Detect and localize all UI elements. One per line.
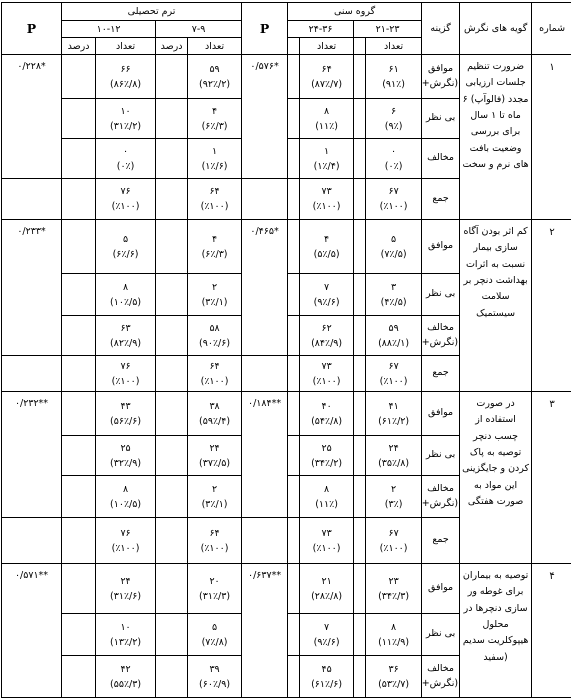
spacer-cell [354, 274, 366, 316]
header-count: تعداد [96, 38, 156, 55]
option-cell: بی نظر [422, 436, 460, 476]
percent-empty-cell [156, 316, 188, 356]
term-7-9-count-cell: ۶۴(٪۱۰۰) [188, 179, 242, 220]
count-value: ۵ [96, 232, 155, 247]
count-value: ۳ [366, 280, 421, 295]
spacer-cell [354, 564, 366, 614]
term-10-12-count-cell: ۰(۰٪) [96, 139, 156, 179]
spacer-cell [288, 356, 300, 392]
table-row: ۴توصیه به بیماران برای غوطه ور سازی دنچر… [2, 564, 571, 614]
option-label: موافق [423, 62, 458, 77]
option-cell: بی نظر [422, 274, 460, 316]
count-value: ۲۴ [96, 574, 155, 589]
term-7-9-count-cell: ۶۴(٪۱۰۰) [188, 356, 242, 392]
term-7-9-count-cell: ۲(۳٪/۱) [188, 476, 242, 518]
spacer-cell [354, 656, 366, 698]
percent-value: (۶۰٪/۹) [188, 677, 241, 692]
term-7-9-count-cell: ۳۹(۶۰٪/۹) [188, 656, 242, 698]
spacer-cell [288, 476, 300, 518]
age-24-36-count-cell: ۴(۵٪/۵) [300, 220, 354, 274]
option-label: موافق [423, 406, 458, 421]
percent-value: (۱۰٪/۵) [96, 497, 155, 512]
percent-empty-cell [156, 436, 188, 476]
age-24-36-count-cell: ۷۳(٪۱۰۰) [300, 179, 354, 220]
header-option: گزینه [422, 3, 460, 55]
percent-empty-cell [156, 518, 188, 564]
percent-empty-cell [62, 392, 96, 436]
count-value: ۶۲ [300, 321, 353, 336]
percent-empty-cell [62, 518, 96, 564]
option-cell: جمع [422, 356, 460, 392]
option-cell: بی نظر [422, 99, 460, 139]
option-cell: مخالف [422, 139, 460, 179]
option-sublabel: (نگرش+) [423, 77, 458, 92]
option-label: موافق [423, 239, 458, 254]
count-value: ۴۳ [96, 399, 155, 414]
percent-value: (۳۴٪/۲) [300, 456, 353, 471]
p-value-age-cell: ۰/۴۶۵* [242, 220, 288, 356]
spacer-cell [354, 99, 366, 139]
option-sublabel: (نگرش+) [423, 677, 458, 692]
percent-empty-cell [62, 656, 96, 698]
percent-empty-cell [62, 436, 96, 476]
percent-value: (۳۱٪/۶) [96, 589, 155, 604]
header-number: شماره [532, 3, 571, 55]
option-label: مخالف [423, 482, 458, 497]
spacer-cell [288, 274, 300, 316]
percent-value: (۵۹٪/۴) [188, 414, 241, 429]
percent-empty-cell [62, 220, 96, 274]
term-10-12-count-cell: ۷۶(٪۱۰۰) [96, 518, 156, 564]
percent-value: (۵۶٪/۶) [96, 414, 155, 429]
spacer-cell [288, 518, 300, 564]
percent-empty-cell [156, 99, 188, 139]
percent-value: (۱٪/۴) [300, 159, 353, 174]
percent-value: (۵۴٪/۸) [300, 414, 353, 429]
term-10-12-count-cell: ۸(۱۰٪/۵) [96, 274, 156, 316]
term-7-9-count-cell: ۲۰(۳۱٪/۳) [188, 564, 242, 614]
percent-value: (٪۱۰۰) [366, 541, 421, 556]
count-value: ۶۷ [366, 359, 421, 374]
percent-value: (٪۱۰۰) [300, 541, 353, 556]
percent-empty-cell [156, 614, 188, 656]
percent-value: (۹٪) [366, 119, 421, 134]
option-label: بی نظر [423, 111, 458, 126]
percent-empty-cell [62, 476, 96, 518]
percent-value: (۶٪/۶) [96, 247, 155, 262]
count-value: ۷۶ [96, 526, 155, 541]
spacer-cell [288, 99, 300, 139]
age-21-23-count-cell: ۸(۱۱٪/۹) [366, 614, 422, 656]
term-7-9-count-cell: ۵۸(۹۰٪/۶) [188, 316, 242, 356]
term-7-9-count-cell: ۳۸(۵۹٪/۴) [188, 392, 242, 436]
spacer-cell [354, 356, 366, 392]
percent-value: (۶٪/۳) [188, 119, 241, 134]
p-value-term-cell: ۰/۲۳۲** [2, 392, 62, 518]
age-21-23-count-cell: ۶۷(٪۱۰۰) [366, 518, 422, 564]
p-value-term-cell: ۰/۲۳۳* [2, 220, 62, 356]
count-value: ۲ [366, 482, 421, 497]
percent-empty-cell [62, 139, 96, 179]
spacer-cell [288, 392, 300, 436]
p-empty-cell [242, 518, 288, 564]
count-value: ۲۴ [366, 441, 421, 456]
spacer-cell [288, 656, 300, 698]
age-24-36-count-cell: ۱(۱٪/۴) [300, 139, 354, 179]
header-term-range-10-12: ۱۰-۱۲ [62, 21, 156, 38]
spacer-cell [354, 316, 366, 356]
percent-empty-cell [62, 564, 96, 614]
option-label: مخالف [423, 151, 458, 166]
option-cell: مخالف(نگرش+) [422, 476, 460, 518]
count-value: ۶۶ [96, 62, 155, 77]
count-value: ۷ [300, 280, 353, 295]
item-cell: توصیه به بیماران برای غوطه ور سازی دنچره… [460, 564, 532, 698]
percent-empty-cell [62, 99, 96, 139]
spacer-cell [288, 564, 300, 614]
spacer-cell [354, 220, 366, 274]
percent-empty-cell [62, 356, 96, 392]
count-value: ۳۶ [366, 662, 421, 677]
percent-value: (۸۶٪/۸) [96, 77, 155, 92]
option-label: مخالف [423, 321, 458, 336]
header-empty [354, 38, 366, 55]
p-value-age-cell: ۰/۵۷۶* [242, 55, 288, 179]
option-label: مخالف [423, 662, 458, 677]
header-p-term: P [2, 3, 62, 55]
p-empty-cell [2, 518, 62, 564]
spacer-cell [354, 518, 366, 564]
percent-value: (٪۱۰۰) [96, 374, 155, 389]
row-number-cell: ۲ [532, 220, 571, 392]
count-value: ۴۱ [366, 399, 421, 414]
term-10-12-count-cell: ۲۵(۳۲٪/۹) [96, 436, 156, 476]
count-value: ۲۳ [366, 574, 421, 589]
percent-value: (۳۲٪/۹) [96, 456, 155, 471]
percent-value: (٪۱۰۰) [366, 374, 421, 389]
age-24-36-count-cell: ۷۳(٪۱۰۰) [300, 356, 354, 392]
option-sublabel: (نگرش+) [423, 336, 458, 351]
count-value: ۴۵ [300, 662, 353, 677]
count-value: ۵۹ [188, 62, 241, 77]
percent-value: (۷٪/۵) [366, 247, 421, 262]
count-value: ۵۸ [188, 321, 241, 336]
count-value: ۷۳ [300, 526, 353, 541]
p-value-age-cell: ۰/۱۸۴** [242, 392, 288, 518]
percent-empty-cell [62, 274, 96, 316]
age-21-23-count-cell: ۶۷(٪۱۰۰) [366, 356, 422, 392]
p-value-term-cell: ۰/۲۲۸* [2, 55, 62, 179]
option-label: بی نظر [423, 627, 458, 642]
age-24-36-count-cell: ۲۵(۳۴٪/۲) [300, 436, 354, 476]
age-24-36-count-cell: ۶۴(۸۷٪/۷) [300, 55, 354, 99]
percent-value: (۶۱٪/۶) [300, 677, 353, 692]
count-value: ۲ [188, 280, 241, 295]
percent-value: (۵۵٪/۳) [96, 677, 155, 692]
spacer-cell [354, 179, 366, 220]
option-cell: موافق [422, 564, 460, 614]
age-24-36-count-cell: ۸(۱۱٪) [300, 476, 354, 518]
count-value: ۸ [300, 482, 353, 497]
header-percent: درصد [156, 38, 188, 55]
percent-value: (٪۱۰۰) [96, 199, 155, 214]
option-cell: بی نظر [422, 614, 460, 656]
count-value: ۴۰ [300, 399, 353, 414]
term-7-9-count-cell: ۴(۶٪/۳) [188, 99, 242, 139]
count-value: ۶ [366, 104, 421, 119]
spacer-cell [288, 55, 300, 99]
percent-value: (۹۱٪) [366, 77, 421, 92]
percent-value: (۷٪/۸) [188, 635, 241, 650]
percent-value: (۱۳٪/۲) [96, 635, 155, 650]
percent-value: (۳۴٪/۳) [366, 589, 421, 604]
count-value: ۷۳ [300, 359, 353, 374]
age-21-23-count-cell: ۶۷(٪۱۰۰) [366, 179, 422, 220]
percent-value: (۶٪/۳) [188, 247, 241, 262]
count-value: ۸ [300, 104, 353, 119]
percent-value: (۳٪/۱) [188, 497, 241, 512]
percent-value: (۹۰٪/۶) [188, 336, 241, 351]
count-value: ۶۱ [366, 62, 421, 77]
count-value: ۲۰ [188, 574, 241, 589]
percent-value: (۳۷٪/۵) [188, 456, 241, 471]
percent-empty-cell [156, 356, 188, 392]
count-value: ۴۲ [96, 662, 155, 677]
percent-value: (۲۸٪/۸) [300, 589, 353, 604]
term-10-12-count-cell: ۷۶(٪۱۰۰) [96, 179, 156, 220]
percent-empty-cell [156, 139, 188, 179]
percent-value: (٪۱۰۰) [188, 199, 241, 214]
term-10-12-count-cell: ۱۰(۳۱٪/۲) [96, 99, 156, 139]
option-label: موافق [423, 581, 458, 596]
option-label: بی نظر [423, 448, 458, 463]
option-cell: مخالف(نگرش+) [422, 316, 460, 356]
age-24-36-count-cell: ۴۰(۵۴٪/۸) [300, 392, 354, 436]
percent-empty-cell [156, 55, 188, 99]
age-21-23-count-cell: ۶(۹٪) [366, 99, 422, 139]
age-21-23-count-cell: ۲۴(۳۵٪/۸) [366, 436, 422, 476]
item-cell: کم اثر بودن آگاه سازی بیمار نسبت به اثرا… [460, 220, 532, 392]
percent-value: (۴٪/۵) [366, 295, 421, 310]
spacer-cell [288, 436, 300, 476]
term-10-12-count-cell: ۴۳(۵۶٪/۶) [96, 392, 156, 436]
percent-value: (٪۱۰۰) [188, 541, 241, 556]
age-21-23-count-cell: ۵۹(۸۸٪/۱) [366, 316, 422, 356]
percent-value: (۳۱٪/۳) [188, 589, 241, 604]
attitude-statistics-table: شماره گویه های نگرش گزینه گروه سنی P ترم… [1, 2, 571, 698]
table-row: ۲کم اثر بودن آگاه سازی بیمار نسبت به اثر… [2, 220, 571, 274]
row-number-cell: ۱ [532, 55, 571, 220]
count-value: ۳۸ [188, 399, 241, 414]
header-count: تعداد [366, 38, 422, 55]
percent-value: (٪۱۰۰) [300, 374, 353, 389]
percent-empty-cell [156, 220, 188, 274]
count-value: ۷۶ [96, 359, 155, 374]
document-page: شماره گویه های نگرش گزینه گروه سنی P ترم… [0, 0, 571, 700]
header-empty [288, 38, 300, 55]
term-10-12-count-cell: ۴۲(۵۵٪/۳) [96, 656, 156, 698]
count-value: ۶۷ [366, 526, 421, 541]
percent-empty-cell [156, 392, 188, 436]
spacer-cell [288, 614, 300, 656]
percent-empty-cell [156, 656, 188, 698]
spacer-cell [354, 436, 366, 476]
spacer-cell [354, 139, 366, 179]
header-age-range-21-23: ۲۱-۲۳ [354, 21, 422, 38]
option-label: جمع [423, 533, 458, 548]
percent-empty-cell [156, 564, 188, 614]
age-24-36-count-cell: ۲۱(۲۸٪/۸) [300, 564, 354, 614]
header-term-range-7-9: ۷-۹ [156, 21, 242, 38]
percent-value: (۱۱٪) [300, 497, 353, 512]
option-cell: جمع [422, 179, 460, 220]
percent-value: (٪۱۰۰) [188, 374, 241, 389]
term-10-12-count-cell: ۱۰(۱۳٪/۲) [96, 614, 156, 656]
count-value: ۶۳ [96, 321, 155, 336]
percent-empty-cell [62, 614, 96, 656]
table-body: ۱ضرورت تنظیم جلسات ارزیابی مجدد (فالوآپ)… [2, 55, 571, 698]
term-10-12-count-cell: ۶۶(۸۶٪/۸) [96, 55, 156, 99]
percent-value: (۵٪/۵) [300, 247, 353, 262]
age-24-36-count-cell: ۶۲(۸۴٪/۹) [300, 316, 354, 356]
percent-value: (٪۱۰۰) [366, 199, 421, 214]
percent-value: (٪۱۰۰) [300, 199, 353, 214]
percent-empty-cell [62, 179, 96, 220]
percent-value: (۳٪) [366, 497, 421, 512]
percent-value: (۹٪/۶) [300, 635, 353, 650]
spacer-cell [288, 179, 300, 220]
count-value: ۷۶ [96, 184, 155, 199]
age-21-23-count-cell: ۳۶(۵۳٪/۷) [366, 656, 422, 698]
count-value: ۳۹ [188, 662, 241, 677]
percent-value: (۵۳٪/۷) [366, 677, 421, 692]
percent-value: (۸۴٪/۹) [300, 336, 353, 351]
term-7-9-count-cell: ۴(۶٪/۳) [188, 220, 242, 274]
percent-value: (۶۱٪/۲) [366, 414, 421, 429]
count-value: ۸ [366, 620, 421, 635]
count-value: ۱ [300, 144, 353, 159]
age-24-36-count-cell: ۷۳(٪۱۰۰) [300, 518, 354, 564]
option-label: جمع [423, 366, 458, 381]
age-21-23-count-cell: ۵(۷٪/۵) [366, 220, 422, 274]
percent-empty-cell [62, 316, 96, 356]
count-value: ۶۷ [366, 184, 421, 199]
term-7-9-count-cell: ۲۴(۳۷٪/۵) [188, 436, 242, 476]
term-10-12-count-cell: ۵(۶٪/۶) [96, 220, 156, 274]
count-value: ۲۱ [300, 574, 353, 589]
count-value: ۱۰ [96, 620, 155, 635]
age-21-23-count-cell: ۳(۴٪/۵) [366, 274, 422, 316]
option-cell: موافق(نگرش+) [422, 55, 460, 99]
percent-value: (۱۱٪/۹) [366, 635, 421, 650]
header-age-group: گروه سنی [288, 3, 422, 21]
count-value: ۸ [96, 280, 155, 295]
spacer-cell [288, 139, 300, 179]
count-value: ۲۵ [300, 441, 353, 456]
count-value: ۰ [96, 144, 155, 159]
item-cell: ضرورت تنظیم جلسات ارزیابی مجدد (فالوآپ) … [460, 55, 532, 220]
percent-value: (۸۲٪/۹) [96, 336, 155, 351]
p-empty-cell [242, 179, 288, 220]
count-value: ۲۴ [188, 441, 241, 456]
age-21-23-count-cell: ۰(۰٪) [366, 139, 422, 179]
percent-value: (۳۱٪/۲) [96, 119, 155, 134]
count-value: ۴ [188, 104, 241, 119]
percent-empty-cell [62, 55, 96, 99]
spacer-cell [354, 614, 366, 656]
header-p-age: P [242, 3, 288, 55]
option-label: جمع [423, 192, 458, 207]
term-10-12-count-cell: ۶۳(۸۲٪/۹) [96, 316, 156, 356]
term-7-9-count-cell: ۵۹(۹۲٪/۲) [188, 55, 242, 99]
term-7-9-count-cell: ۶۴(٪۱۰۰) [188, 518, 242, 564]
option-cell: مخالف(نگرش+) [422, 656, 460, 698]
count-value: ۲ [188, 482, 241, 497]
term-7-9-count-cell: ۱(۱٪/۶) [188, 139, 242, 179]
percent-value: (۱۰٪/۵) [96, 295, 155, 310]
row-number-cell: ۳ [532, 392, 571, 564]
count-value: ۱۰ [96, 104, 155, 119]
percent-empty-cell [156, 274, 188, 316]
count-value: ۷ [300, 620, 353, 635]
age-24-36-count-cell: ۸(۱۱٪) [300, 99, 354, 139]
term-10-12-count-cell: ۲۴(۳۱٪/۶) [96, 564, 156, 614]
option-sublabel: (نگرش+) [423, 497, 458, 512]
age-24-36-count-cell: ۷(۹٪/۶) [300, 274, 354, 316]
percent-empty-cell [156, 476, 188, 518]
count-value: ۷۳ [300, 184, 353, 199]
count-value: ۲۵ [96, 441, 155, 456]
count-value: ۶۴ [188, 526, 241, 541]
row-number-cell: ۴ [532, 564, 571, 698]
term-10-12-count-cell: ۸(۱۰٪/۵) [96, 476, 156, 518]
percent-value: (۳٪/۱) [188, 295, 241, 310]
p-empty-cell [2, 179, 62, 220]
percent-value: (۸۸٪/۱) [366, 336, 421, 351]
header-count: تعداد [300, 38, 354, 55]
spacer-cell [288, 316, 300, 356]
header-term: ترم تحصیلی [62, 3, 242, 21]
term-7-9-count-cell: ۵(۷٪/۸) [188, 614, 242, 656]
count-value: ۸ [96, 482, 155, 497]
item-cell: در صورت استفاده از چسب دنچر توصیه به پاک… [460, 392, 532, 564]
count-value: ۵ [366, 232, 421, 247]
age-21-23-count-cell: ۶۱(۹۱٪) [366, 55, 422, 99]
option-label: بی نظر [423, 287, 458, 302]
percent-empty-cell [156, 179, 188, 220]
spacer-cell [288, 220, 300, 274]
option-cell: جمع [422, 518, 460, 564]
percent-value: (۹٪/۶) [300, 295, 353, 310]
p-value-term-cell: ۰/۵۷۱** [2, 564, 62, 698]
table-row: ۱ضرورت تنظیم جلسات ارزیابی مجدد (فالوآپ)… [2, 55, 571, 99]
spacer-cell [354, 476, 366, 518]
spacer-cell [354, 55, 366, 99]
count-value: ۴ [188, 232, 241, 247]
p-value-age-cell: ۰/۶۳۷** [242, 564, 288, 698]
term-10-12-count-cell: ۷۶(٪۱۰۰) [96, 356, 156, 392]
p-empty-cell [2, 356, 62, 392]
percent-value: (٪۱۰۰) [96, 541, 155, 556]
header-age-range-24-36: ۲۴-۳۶ [288, 21, 354, 38]
percent-value: (۱۱٪) [300, 119, 353, 134]
age-24-36-count-cell: ۷(۹٪/۶) [300, 614, 354, 656]
count-value: ۶۴ [188, 359, 241, 374]
percent-value: (۱٪/۶) [188, 159, 241, 174]
header-item: گویه های نگرش [460, 3, 532, 55]
count-value: ۵۹ [366, 321, 421, 336]
count-value: ۰ [366, 144, 421, 159]
